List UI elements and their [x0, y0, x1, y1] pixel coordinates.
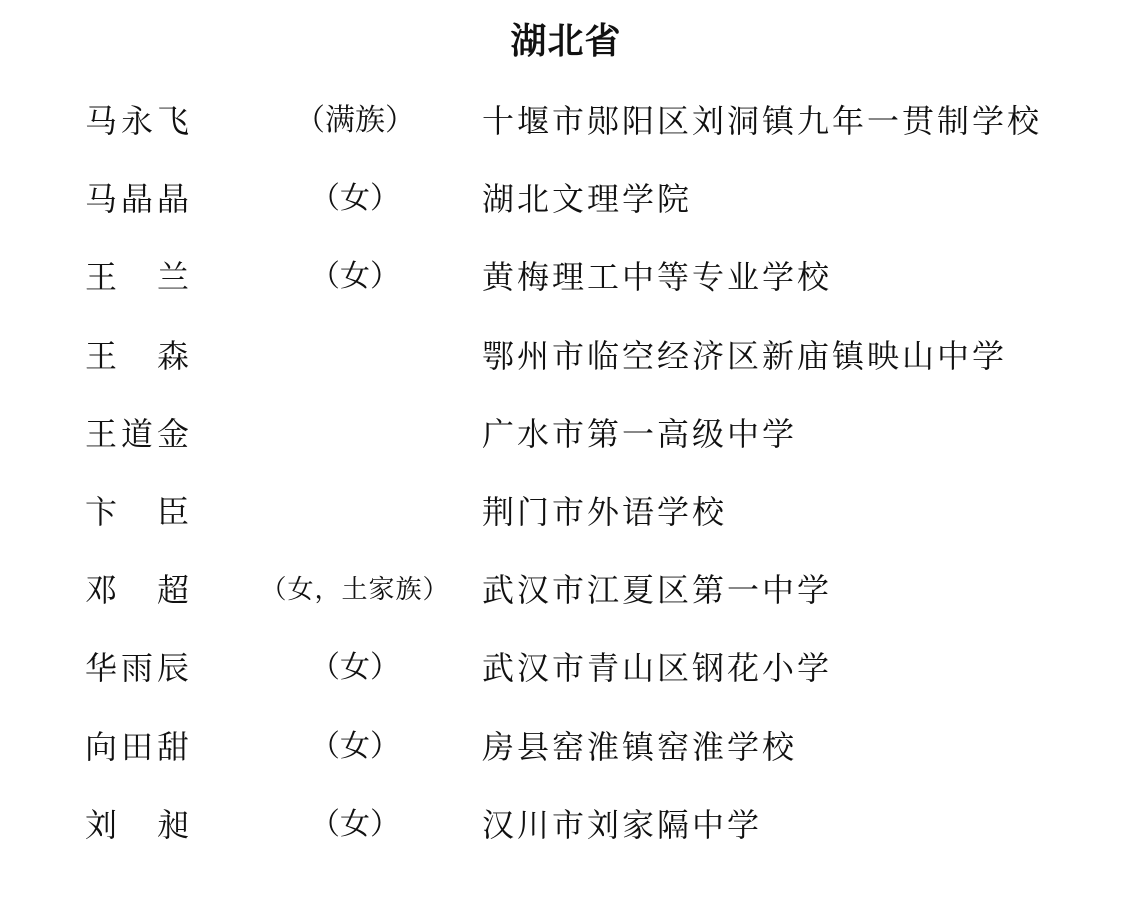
- name-char: 晶: [121, 177, 153, 221]
- person-note: （女）: [250, 803, 460, 847]
- name-char: 王: [85, 334, 117, 378]
- name-char: 臣: [157, 490, 189, 534]
- list-item: 王 兰 （女） 黄梅理工中等专业学校: [0, 251, 1148, 329]
- name-char: 向: [85, 725, 117, 769]
- person-note: （女）: [250, 255, 460, 299]
- list-item: 王 森 鄂州市临空经济区新庙镇映山中学: [0, 330, 1148, 408]
- name-char: 雨: [121, 646, 153, 690]
- list-item: 卞 臣 荆门市外语学校: [0, 486, 1148, 564]
- person-name: 马 永 飞: [85, 99, 189, 143]
- person-school: 荆门市外语学校: [482, 490, 727, 534]
- name-char: 刘: [85, 803, 117, 847]
- person-name: 王 道 金: [85, 412, 189, 456]
- name-char: 金: [157, 412, 189, 456]
- list-item: 华 雨 辰 （女） 武汉市青山区钢花小学: [0, 642, 1148, 720]
- name-char: 飞: [157, 99, 189, 143]
- name-char: 马: [85, 99, 117, 143]
- person-name: 邓 超: [85, 568, 189, 612]
- person-school: 房县窑淮镇窑淮学校: [482, 725, 797, 769]
- person-note: （女）: [250, 725, 460, 769]
- person-note: （满族）: [250, 99, 460, 143]
- name-char: 甜: [157, 725, 189, 769]
- honoree-list: 马 永 飞 （满族） 十堰市郧阳区刘洞镇九年一贯制学校 马 晶 晶 （女） 湖北…: [0, 95, 1148, 877]
- person-name: 卞 臣: [85, 490, 189, 534]
- name-char: 道: [121, 412, 153, 456]
- list-item: 邓 超 （女，土家族） 武汉市江夏区第一中学: [0, 564, 1148, 642]
- person-name: 刘 昶: [85, 803, 189, 847]
- person-name: 华 雨 辰: [85, 646, 189, 690]
- name-char: 兰: [157, 255, 189, 299]
- name-char: 王: [85, 412, 117, 456]
- person-school: 武汉市青山区钢花小学: [482, 646, 832, 690]
- person-school: 汉川市刘家隔中学: [482, 803, 762, 847]
- person-name: 马 晶 晶: [85, 177, 189, 221]
- name-char: 晶: [157, 177, 189, 221]
- person-note: （女）: [250, 177, 460, 221]
- name-char: 马: [85, 177, 117, 221]
- person-school: 湖北文理学院: [482, 177, 692, 221]
- person-name: 向 田 甜: [85, 725, 189, 769]
- list-item: 马 晶 晶 （女） 湖北文理学院: [0, 173, 1148, 251]
- name-char: 永: [121, 99, 153, 143]
- person-name: 王 森: [85, 334, 189, 378]
- name-char: 卞: [85, 490, 117, 534]
- person-school: 广水市第一高级中学: [482, 412, 797, 456]
- list-item: 马 永 飞 （满族） 十堰市郧阳区刘洞镇九年一贯制学校: [0, 95, 1148, 173]
- list-item: 王 道 金 广水市第一高级中学: [0, 408, 1148, 486]
- page-title: 湖北省: [0, 18, 1132, 66]
- name-char: 超: [157, 568, 189, 612]
- person-school: 十堰市郧阳区刘洞镇九年一贯制学校: [482, 99, 1042, 143]
- name-char: 王: [85, 255, 117, 299]
- person-name: 王 兰: [85, 255, 189, 299]
- name-char: 邓: [85, 568, 117, 612]
- name-char: 辰: [157, 646, 189, 690]
- name-char: 森: [157, 334, 189, 378]
- name-char: 华: [85, 646, 117, 690]
- list-item: 刘 昶 （女） 汉川市刘家隔中学: [0, 799, 1148, 877]
- name-char: 田: [121, 725, 153, 769]
- person-school: 武汉市江夏区第一中学: [482, 568, 832, 612]
- name-char: 昶: [157, 803, 189, 847]
- person-note: （女）: [250, 646, 460, 690]
- person-school: 黄梅理工中等专业学校: [482, 255, 832, 299]
- person-note: （女，土家族）: [250, 568, 460, 612]
- list-item: 向 田 甜 （女） 房县窑淮镇窑淮学校: [0, 721, 1148, 799]
- person-school: 鄂州市临空经济区新庙镇映山中学: [482, 334, 1007, 378]
